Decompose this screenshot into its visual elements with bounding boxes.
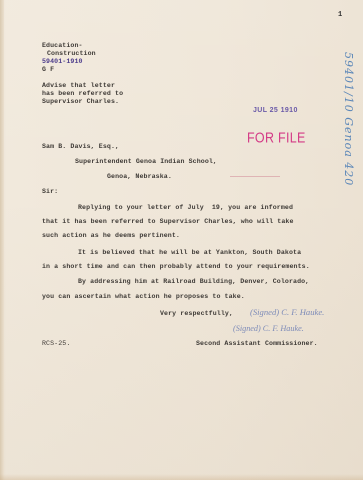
- for-file-stamp: FOR FILE: [247, 130, 306, 146]
- salutation: Sir:: [42, 188, 58, 196]
- body-p3-line1: By addressing him at Railroad Building, …: [78, 278, 309, 286]
- closing: Very respectfully,: [160, 310, 233, 318]
- page-number: 1: [338, 11, 342, 19]
- body-p1-line3: such action as he deems pertinent.: [42, 232, 180, 240]
- summary-line1: Advise that letter: [42, 82, 115, 90]
- file-initials: G F: [42, 66, 54, 74]
- body-p2-line1: It is believed that he will be at Yankto…: [78, 249, 301, 257]
- summary-line3: Supervisor Charles.: [42, 98, 119, 106]
- file-category-line1: Education-: [42, 42, 83, 50]
- body-p3-line2: you can ascertain what action he propose…: [42, 293, 245, 301]
- handwritten-margin-note: 59401/10 Genoa 420: [342, 52, 355, 186]
- body-p2-line2: in a short time and can then probably at…: [42, 263, 310, 271]
- signer-title: Second Assistant Commissioner.: [196, 340, 318, 348]
- reference-code: RCS-25.: [42, 340, 70, 348]
- page-bottom-edge: [0, 474, 363, 480]
- file-category-line2: Construction: [47, 50, 96, 58]
- page-left-edge: [0, 0, 4, 480]
- summary-line2: has been referred to: [42, 90, 123, 98]
- stamp-underline: [230, 176, 280, 177]
- addressee-title: Superintendent Genoa Indian School,: [75, 158, 217, 166]
- document-page: 1 Education- Construction 59401-1910 G F…: [0, 0, 363, 480]
- addressee-name: Sam B. Davis, Esq.,: [42, 143, 119, 151]
- addressee-location: Genoa, Nebraska.: [107, 173, 172, 181]
- file-number: 59401-1910: [42, 58, 83, 66]
- body-p1-line2: that it has been referred to Supervisor …: [42, 218, 294, 226]
- date-received-stamp: JUL 25 1910: [253, 107, 298, 114]
- signature-1: (Signed) C. F. Hauke.: [250, 307, 324, 317]
- signature-2: (Signed) C. F. Hauke.: [233, 324, 304, 333]
- body-p1-line1: Replying to your letter of July 19, you …: [78, 204, 293, 212]
